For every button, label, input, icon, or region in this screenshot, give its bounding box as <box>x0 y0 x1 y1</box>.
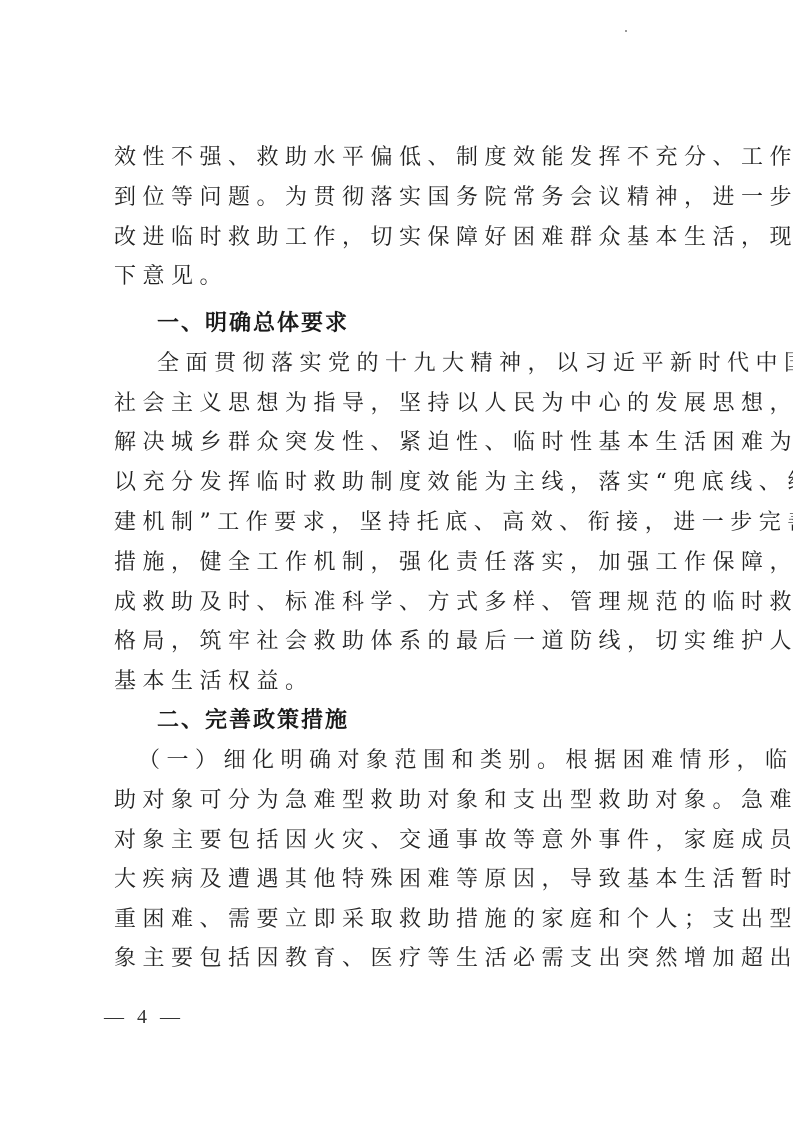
section-heading: 一、明确总体要求 <box>157 309 690 339</box>
paragraph-line: 格局，筑牢社会救助体系的最后一道防线，切实维护人民群众 <box>114 627 690 657</box>
paragraph-line: 社会主义思想为指导，坚持以人民为中心的发展思想，以有效 <box>114 389 690 419</box>
paragraph-line: 大疾病及遭遇其他特殊困难等原因，导致基本生活暂时出现严 <box>114 865 690 895</box>
paragraph-line: 全面贯彻落实党的十九大精神，以习近平新时代中国特色 <box>157 349 690 379</box>
paragraph-line: 下意见。 <box>114 262 690 292</box>
paragraph-line: （一）细化明确对象范围和类别。根据困难情形，临时救 <box>138 746 690 776</box>
paragraph-line: 以充分发挥临时救助制度效能为主线，落实“兜底线、织密网、 <box>114 468 690 498</box>
paragraph-line: 重困难、需要立即采取救助措施的家庭和个人；支出型救助对 <box>114 905 690 935</box>
scan-speck <box>625 30 627 32</box>
paragraph-line: 对象主要包括因火灾、交通事故等意外事件，家庭成员突发重 <box>114 826 690 856</box>
paragraph-line: 措施，健全工作机制，强化责任落实，加强工作保障，加快形 <box>114 548 690 578</box>
section-heading: 二、完善政策措施 <box>157 706 690 736</box>
paragraph-line: 助对象可分为急难型救助对象和支出型救助对象。急难型救助 <box>114 786 690 816</box>
paragraph-line: 成救助及时、标准科学、方式多样、管理规范的临时救助工作 <box>114 588 690 618</box>
paragraph-line: 改进临时救助工作，切实保障好困难群众基本生活，现提出以 <box>114 223 690 253</box>
paragraph-line: 基本生活权益。 <box>114 667 690 697</box>
paragraph-line: 效性不强、救助水平偏低、制度效能发挥不充分、工作保障不 <box>114 143 690 173</box>
paragraph-line: 到位等问题。为贯彻落实国务院常务会议精神，进一步加强和 <box>114 183 690 213</box>
page-number: — 4 — <box>104 1006 184 1029</box>
document-page: 效性不强、救助水平偏低、制度效能发挥不充分、工作保障不 到位等问题。为贯彻落实国… <box>0 0 793 1122</box>
paragraph-line: 建机制”工作要求，坚持托底、高效、衔接，进一步完善政策 <box>114 508 690 538</box>
paragraph-line: 象主要包括因教育、医疗等生活必需支出突然增加超出家庭承 <box>114 944 690 974</box>
paragraph-line: 解决城乡群众突发性、紧迫性、临时性基本生活困难为目标， <box>114 428 690 458</box>
